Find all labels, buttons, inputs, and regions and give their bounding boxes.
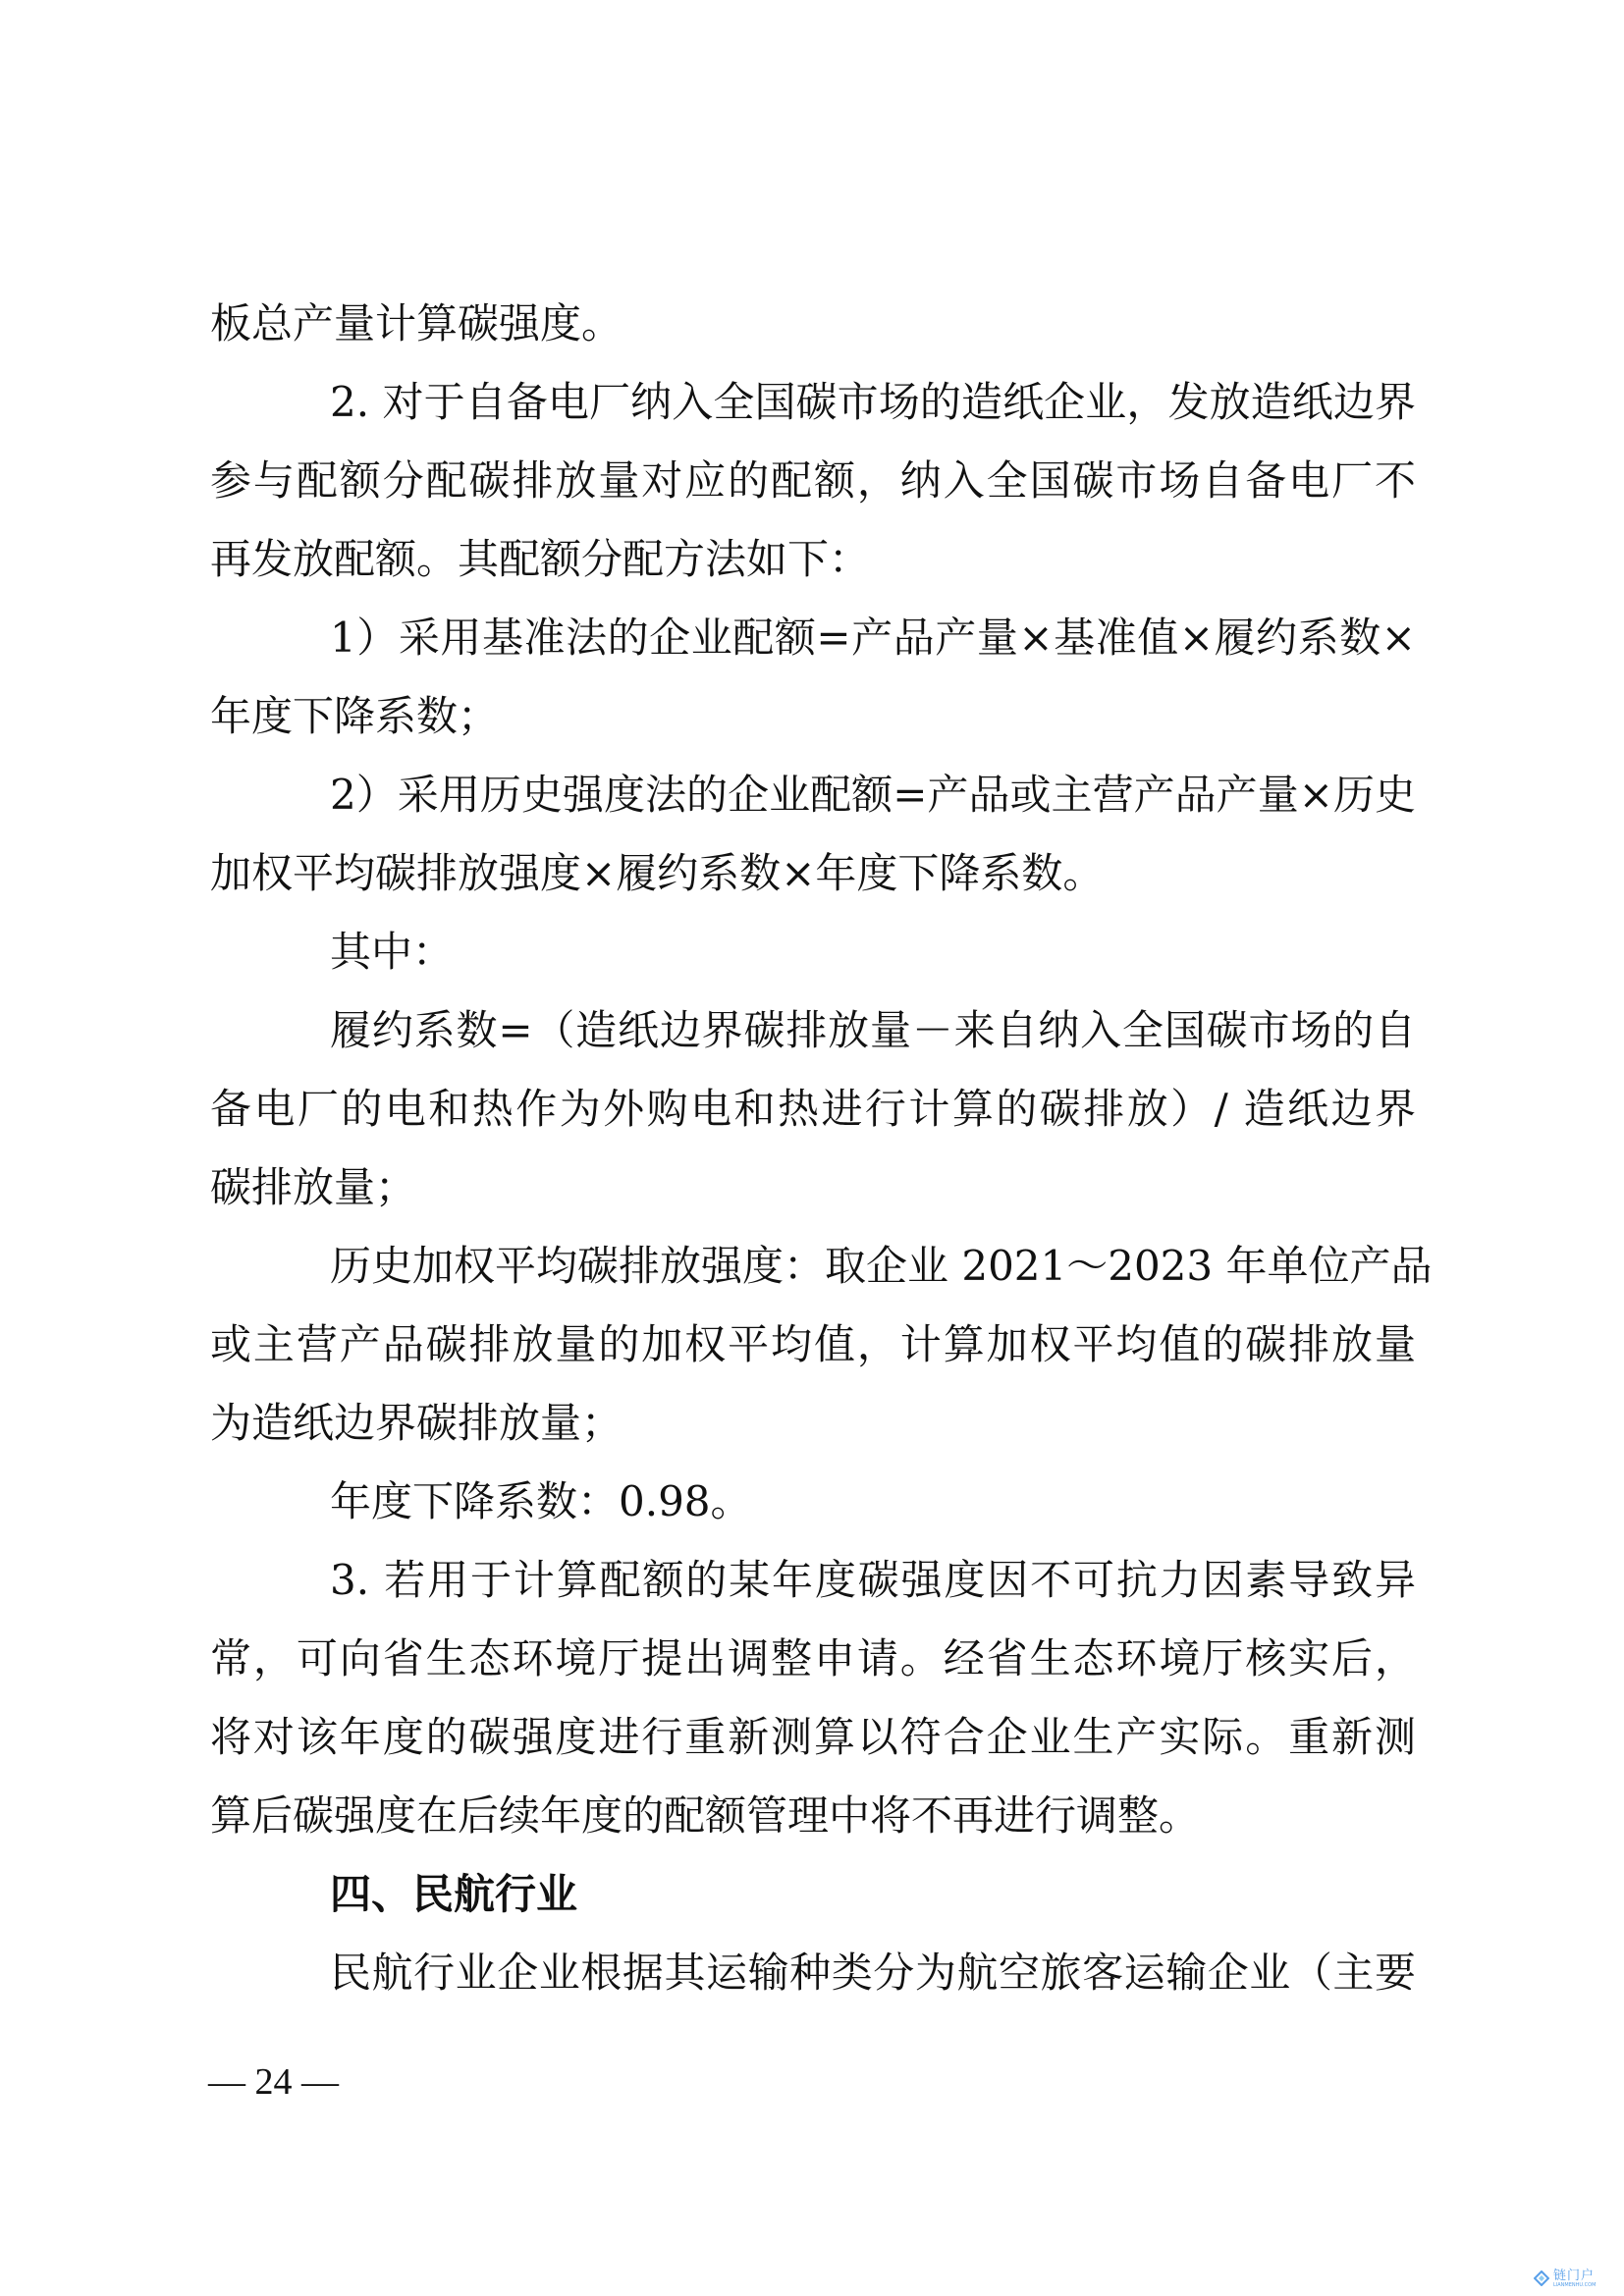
text-line: 年度下降系数：0.98。 (330, 1463, 752, 1541)
text-line: 2. 对于自备电厂纳入全国碳市场的造纸企业，发放造纸边界 (330, 363, 1416, 442)
page-number: — 24 — (208, 2057, 339, 2107)
text-line: 3. 若用于计算配额的某年度碳强度因不可抗力因素导致异 (330, 1541, 1416, 1620)
text-line: 2）采用历史强度法的企业配额=产品或主营产品产量×历史 (330, 756, 1416, 834)
text-line: 1）采用基准法的企业配额=产品产量×基准值×履约系数× (330, 599, 1416, 677)
text-line: 年度下降系数； (210, 677, 499, 756)
text-line: 备电厂的电和热作为外购电和热进行计算的碳排放）/ 造纸边界 (210, 1070, 1416, 1148)
text-line: 再发放配额。其配额分配方法如下： (210, 520, 870, 599)
text-line: 或主营产品碳排放量的加权平均值，计算加权平均值的碳排放量 (210, 1306, 1416, 1384)
watermark-url: LIANMENHU.COM (1553, 2283, 1596, 2288)
section-heading: 四、民航行业 (330, 1855, 577, 1934)
text-line: 历史加权平均碳排放强度：取企业 2021～2023 年单位产品 (330, 1227, 1416, 1306)
text-line: 板总产量计算碳强度。 (210, 285, 623, 363)
text-line: 碳排放量； (210, 1148, 416, 1227)
text-line: 为造纸边界碳排放量； (210, 1384, 623, 1463)
chain-link-logo-icon (1534, 2270, 1549, 2286)
text-line: 履约系数=（造纸边界碳排放量－来自纳入全国碳市场的自 (330, 991, 1416, 1070)
text-line: 将对该年度的碳强度进行重新测算以符合企业生产实际。重新测 (210, 1698, 1416, 1777)
document-page: 板总产量计算碳强度。 2. 对于自备电厂纳入全国碳市场的造纸企业，发放造纸边界 … (0, 0, 1624, 2296)
text-line: 常，可向省生态环境厅提出调整申请。经省生态环境厅核实后， (210, 1620, 1416, 1698)
text-line: 算后碳强度在后续年度的配额管理中将不再进行调整。 (210, 1777, 1200, 1855)
text-line: 其中： (330, 913, 454, 991)
text-line: 参与配额分配碳排放量对应的配额，纳入全国碳市场自备电厂不 (210, 442, 1416, 520)
watermark-text: 链门户 (1553, 2269, 1596, 2282)
text-line: 加权平均碳排放强度×履约系数×年度下降系数。 (210, 834, 1104, 913)
watermark: 链门户 LIANMENHU.COM (1534, 2264, 1622, 2293)
text-line: 民航行业企业根据其运输种类分为航空旅客运输企业（主要 (330, 1934, 1416, 2012)
